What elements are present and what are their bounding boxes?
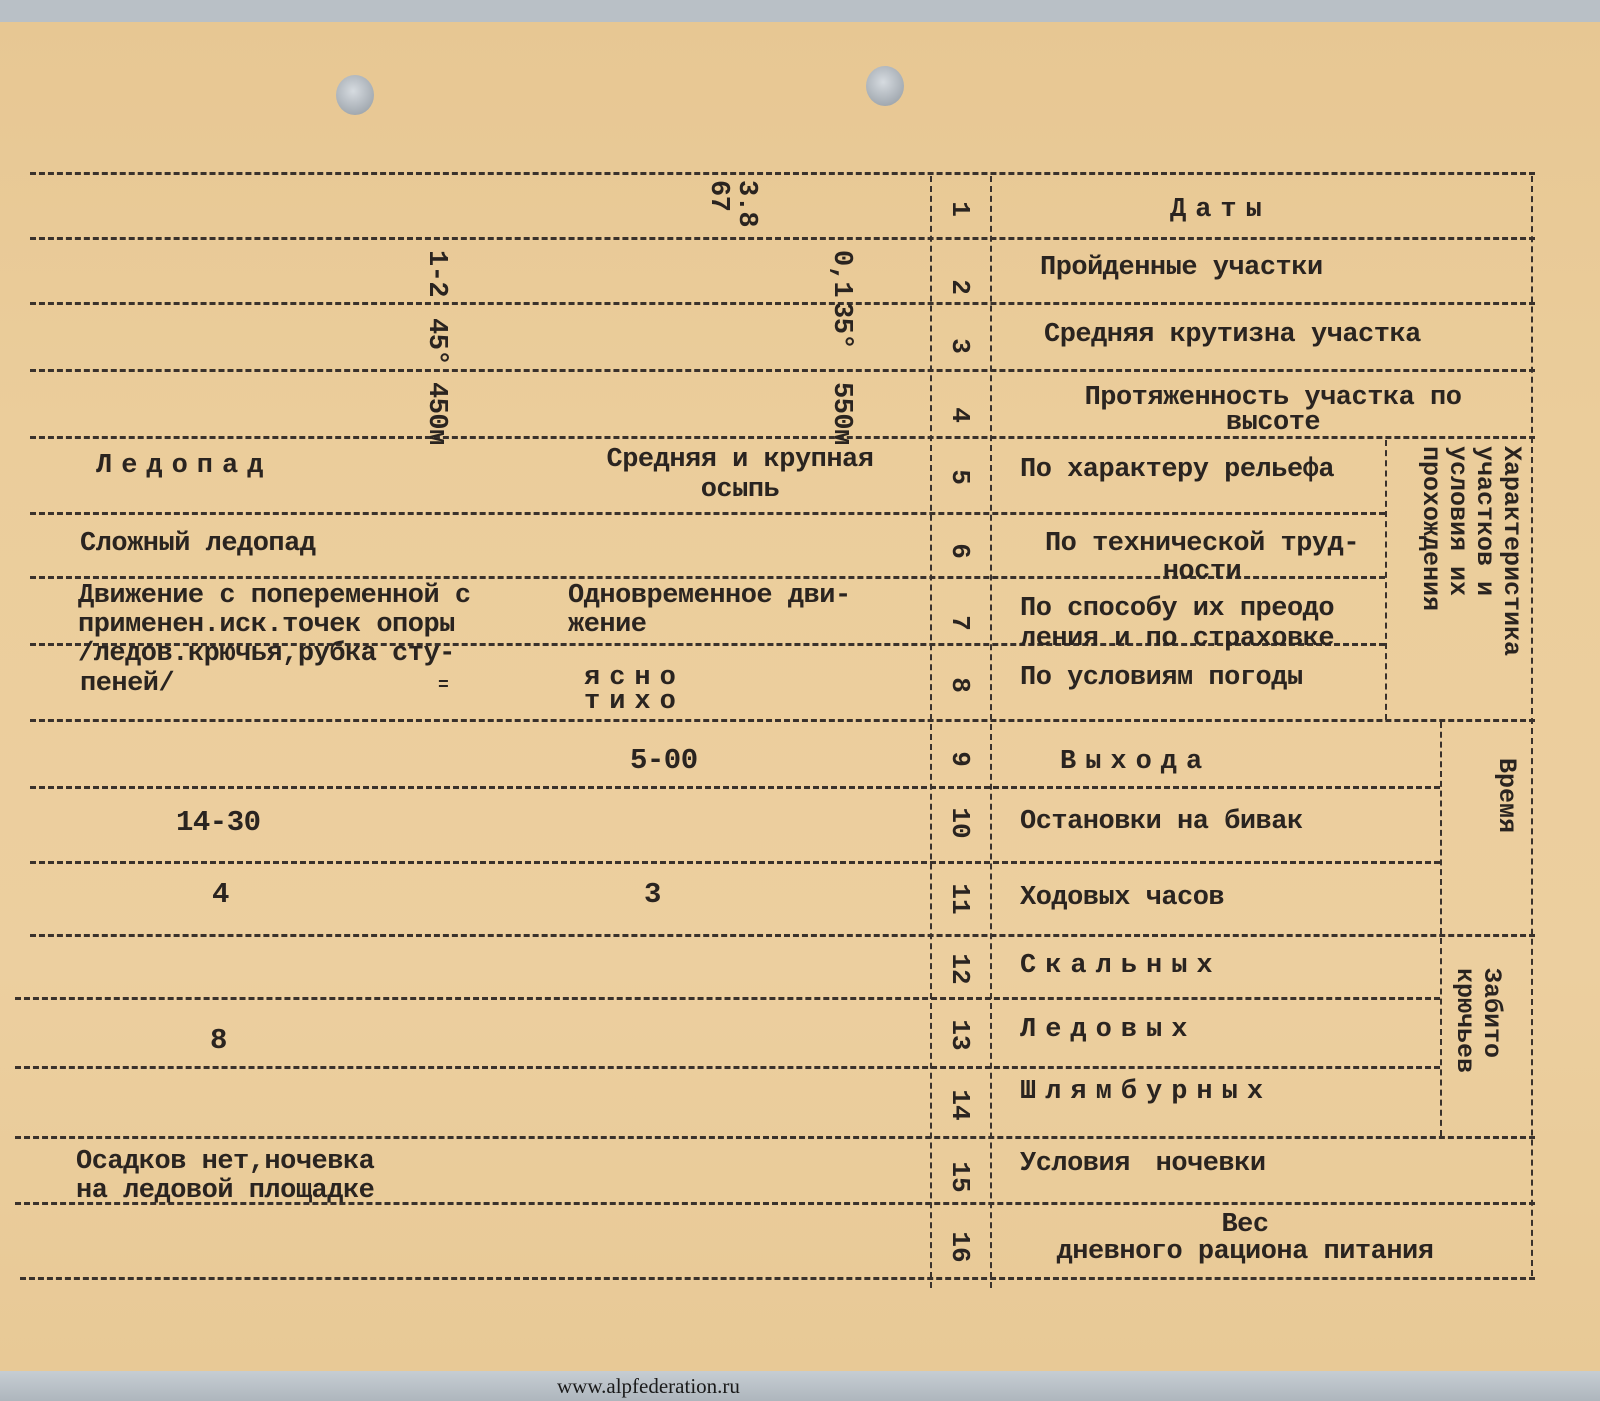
group-characteristics: Характеристика участков и условия их про… [1417,446,1525,656]
cell-bivouac-a: 14-30 [176,808,261,837]
group-pitons: Забито крючьев [1451,968,1505,1073]
watermark: www.alpfederation.ru [557,1374,740,1399]
row-number: 11 [945,879,975,919]
label-dates: Даты [1170,196,1271,225]
cell-hours-a: 4 [212,880,229,909]
row-number: 1 [945,189,975,229]
cell-weather-a: пеней/ [80,670,174,699]
cell-weather-mark: = [438,672,448,701]
label-rock-pitons: Скальных [1020,952,1222,981]
label-walking-hours: Ходовых часов [1020,884,1224,913]
punch-hole-right [866,66,904,106]
cell-date: 3.8 67 [704,180,760,227]
label-relief-type: По характеру рельефа [1020,456,1334,485]
label-method-belay: По способу их преодо ления и по страховк… [1020,594,1334,654]
cell-height-a: 450м [421,382,450,445]
cell-sections-a: 1-2 [421,250,450,297]
scan-background [0,1371,1600,1401]
row-number: 3 [945,326,975,366]
label-departure: Выхода [1060,748,1211,777]
row-number: 9 [945,739,975,779]
label-weather: По условиям погоды [1020,664,1303,693]
group-time: Время [1493,758,1520,833]
label-technical-difficulty: По технической труд- ности [1016,530,1388,586]
label-avg-steepness: Средняя крутизна участка [1044,321,1421,350]
row-number: 4 [945,395,975,435]
label-ice-pitons: Ледовых [1020,1016,1196,1045]
label-sections-passed: Пройденные участки [1040,254,1323,283]
row-number: 10 [945,803,975,843]
row-number: 7 [945,603,975,643]
cell-departure-b: 5-00 [630,746,698,775]
label-height-extent: Протяженность участка по высоте [1038,386,1508,436]
row-number: 8 [945,665,975,705]
cell-ice-pitons-a: 8 [210,1026,227,1055]
label-bolt-pitons: Шлямбурных [1020,1078,1272,1107]
row-number: 5 [945,457,975,497]
label-overnight-conditions: Условия ночевки [1020,1150,1266,1179]
cell-hours-b: 3 [644,880,661,909]
row-number: 16 [945,1227,975,1267]
cell-sections-b: 0,1 [826,250,855,297]
cell-difficulty-a: Сложный ледопад [80,530,316,559]
row-number: 15 [945,1157,975,1197]
label-daily-ration-weight: Вес дневного рациона питания [1000,1212,1490,1266]
label-bivouac-stop: Остановки на бивак [1020,808,1303,837]
cell-relief-a: Ледопад [96,452,272,481]
cell-method-b: Одновременное дви- жение [568,582,851,640]
row-number: 13 [945,1015,975,1055]
punch-hole-left [336,75,374,115]
cell-steepness-a: 45° [421,318,450,365]
cell-height-b: 550м [826,382,855,445]
cell-weather-b: ясно тихо [584,666,685,714]
cell-relief-b: Средняя и крупная осыпь [570,445,910,505]
cell-method-a: Движение с попеременной с применен.иск.т… [78,582,471,669]
row-number: 14 [945,1085,975,1125]
cell-overnight-a: Осадков нет,ночевка на ледовой площадке [76,1148,374,1206]
row-number: 12 [945,949,975,989]
cell-steepness-b: 35° [826,302,855,349]
row-number: 2 [945,267,975,307]
row-number: 6 [945,531,975,571]
